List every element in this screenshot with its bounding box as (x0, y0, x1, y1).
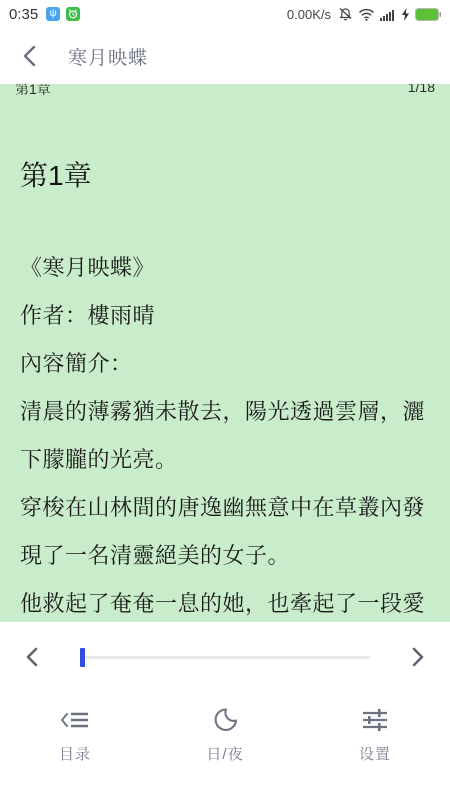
pager-bar (0, 622, 450, 692)
nav-label-contents: 目录 (59, 743, 91, 764)
page-indicator: 1/18 (408, 84, 435, 96)
book-title: 寒月映蝶 (68, 43, 148, 70)
notifications-muted-icon (338, 7, 353, 21)
battery-icon (415, 8, 441, 21)
day-night-moon-icon (210, 706, 240, 734)
paragraph: 穿梭在山林間的唐逸幽無意中在草叢內發現了一名清靈絕美的女子。 (20, 484, 430, 580)
usb-debugging-icon: ψ (46, 7, 60, 21)
chapter-heading: 第1章 (20, 156, 450, 196)
next-chapter-button[interactable] (404, 643, 432, 671)
nav-item-settings[interactable]: 设置 (300, 706, 450, 800)
usb-glyph: ψ (50, 9, 57, 19)
paragraph: 他救起了奄奄一息的她，也牽起了一段愛 (20, 580, 430, 622)
nav-label-settings: 设置 (359, 743, 391, 764)
previous-chapter-button[interactable] (18, 643, 46, 671)
nav-item-contents[interactable]: 目录 (0, 706, 150, 800)
bottom-nav: 目录 日/夜 设置 (0, 692, 450, 800)
wifi-icon (358, 8, 375, 21)
app-header: 寒月映蝶 (0, 28, 450, 84)
paragraph: 清晨的薄霧猶未散去，陽光透過雲層，灑下朦朧的光亮。 (20, 388, 430, 484)
cellular-signal-icon (380, 8, 396, 21)
paragraph: 作者：樓雨晴 (20, 292, 430, 340)
paragraph: 《寒月映蝶》 (20, 244, 430, 292)
back-button[interactable] (16, 43, 42, 69)
reader-info-row: 第1章 1/18 (0, 84, 450, 96)
status-bar: 0:35 ψ 0.00K/s (0, 0, 450, 28)
current-chapter-label: 第1章 (15, 84, 51, 96)
status-bar-right: 0.00K/s (287, 7, 441, 22)
reader-page[interactable]: 第1章 1/18 第1章 《寒月映蝶》 作者：樓雨晴 內容簡介： 清晨的薄霧猶未… (0, 84, 450, 622)
paragraph: 內容簡介： (20, 340, 430, 388)
reader-app-screen: 0:35 ψ 0.00K/s (0, 0, 450, 800)
settings-tune-icon (360, 706, 390, 734)
charging-bolt-icon (401, 8, 410, 21)
slider-thumb[interactable] (80, 648, 85, 667)
network-speed: 0.00K/s (287, 7, 331, 22)
progress-slider[interactable] (80, 656, 370, 659)
nav-item-day-night[interactable]: 日/夜 (150, 706, 300, 800)
chapter-body: 《寒月映蝶》 作者：樓雨晴 內容簡介： 清晨的薄霧猶未散去，陽光透過雲層，灑下朦… (0, 244, 450, 622)
alarm-icon (66, 7, 80, 21)
nav-label-day-night: 日/夜 (206, 743, 243, 764)
toc-icon (59, 706, 91, 734)
clock-time: 0:35 (9, 6, 38, 23)
